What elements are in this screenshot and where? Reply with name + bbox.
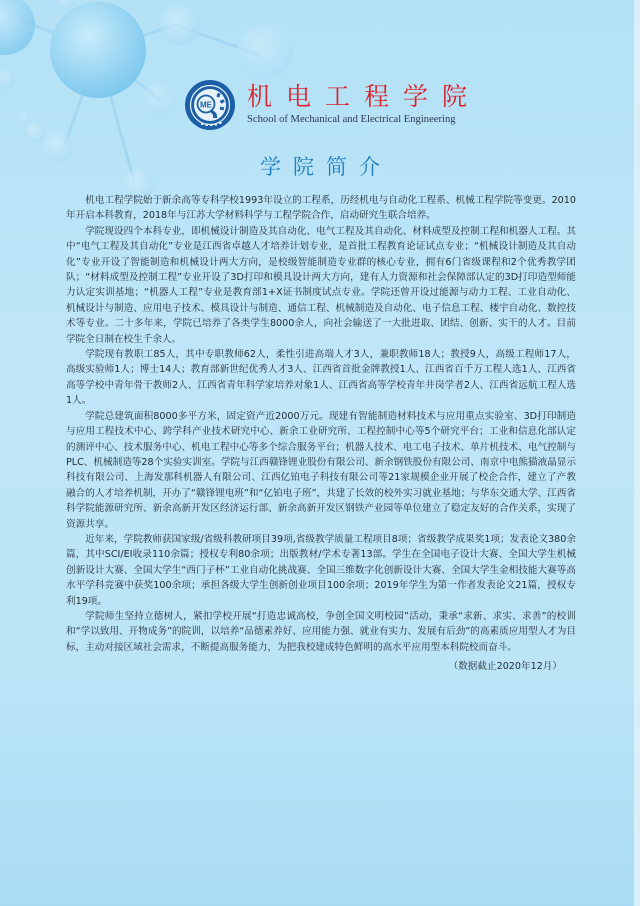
paragraph-history: 机电工程学院始于新余高等专科学校1993年设立的工程系，历经机电与自动化工程系、… [66, 193, 576, 224]
paragraph-facilities: 学院总建筑面积8000多平方米，固定资产近2000万元。现建有智能制造材料技术与… [66, 409, 576, 532]
paragraph-achievements: 近年来，学院教师获国家级/省级科教研项目39项,省级教学质量工程项目8项；省级教… [66, 532, 576, 609]
paragraph-faculty: 学院现有教职工85人，其中专职教师62人，柔性引进高端人才3人，兼职教师18人；… [66, 347, 576, 409]
paragraph-majors: 学院现设四个本科专业，即机械设计制造及其自动化、电气工程及其自动化、材料成型及控… [66, 224, 576, 347]
section-title: 学院简介 [0, 154, 640, 180]
school-header: ME 机电工程学院 School of Mechanical and Elect… [184, 79, 484, 135]
school-name-english: School of Mechanical and Electrical Engi… [247, 114, 456, 125]
page-edge [634, 0, 640, 906]
school-name-chinese: 机电工程学院 [247, 82, 481, 112]
introduction-body: 机电工程学院始于新余高等专科学校1993年设立的工程系，历经机电与自动化工程系、… [66, 193, 576, 675]
school-logo-icon: ME [184, 79, 236, 131]
svg-text:ME: ME [200, 101, 213, 110]
data-date-note: （数据截止2020年12月） [66, 659, 576, 674]
paragraph-mission: 学院师生坚持立德树人，紧扣学校开展“打造忠诚高校，争创全国文明校园”活动，秉承“… [66, 609, 576, 655]
